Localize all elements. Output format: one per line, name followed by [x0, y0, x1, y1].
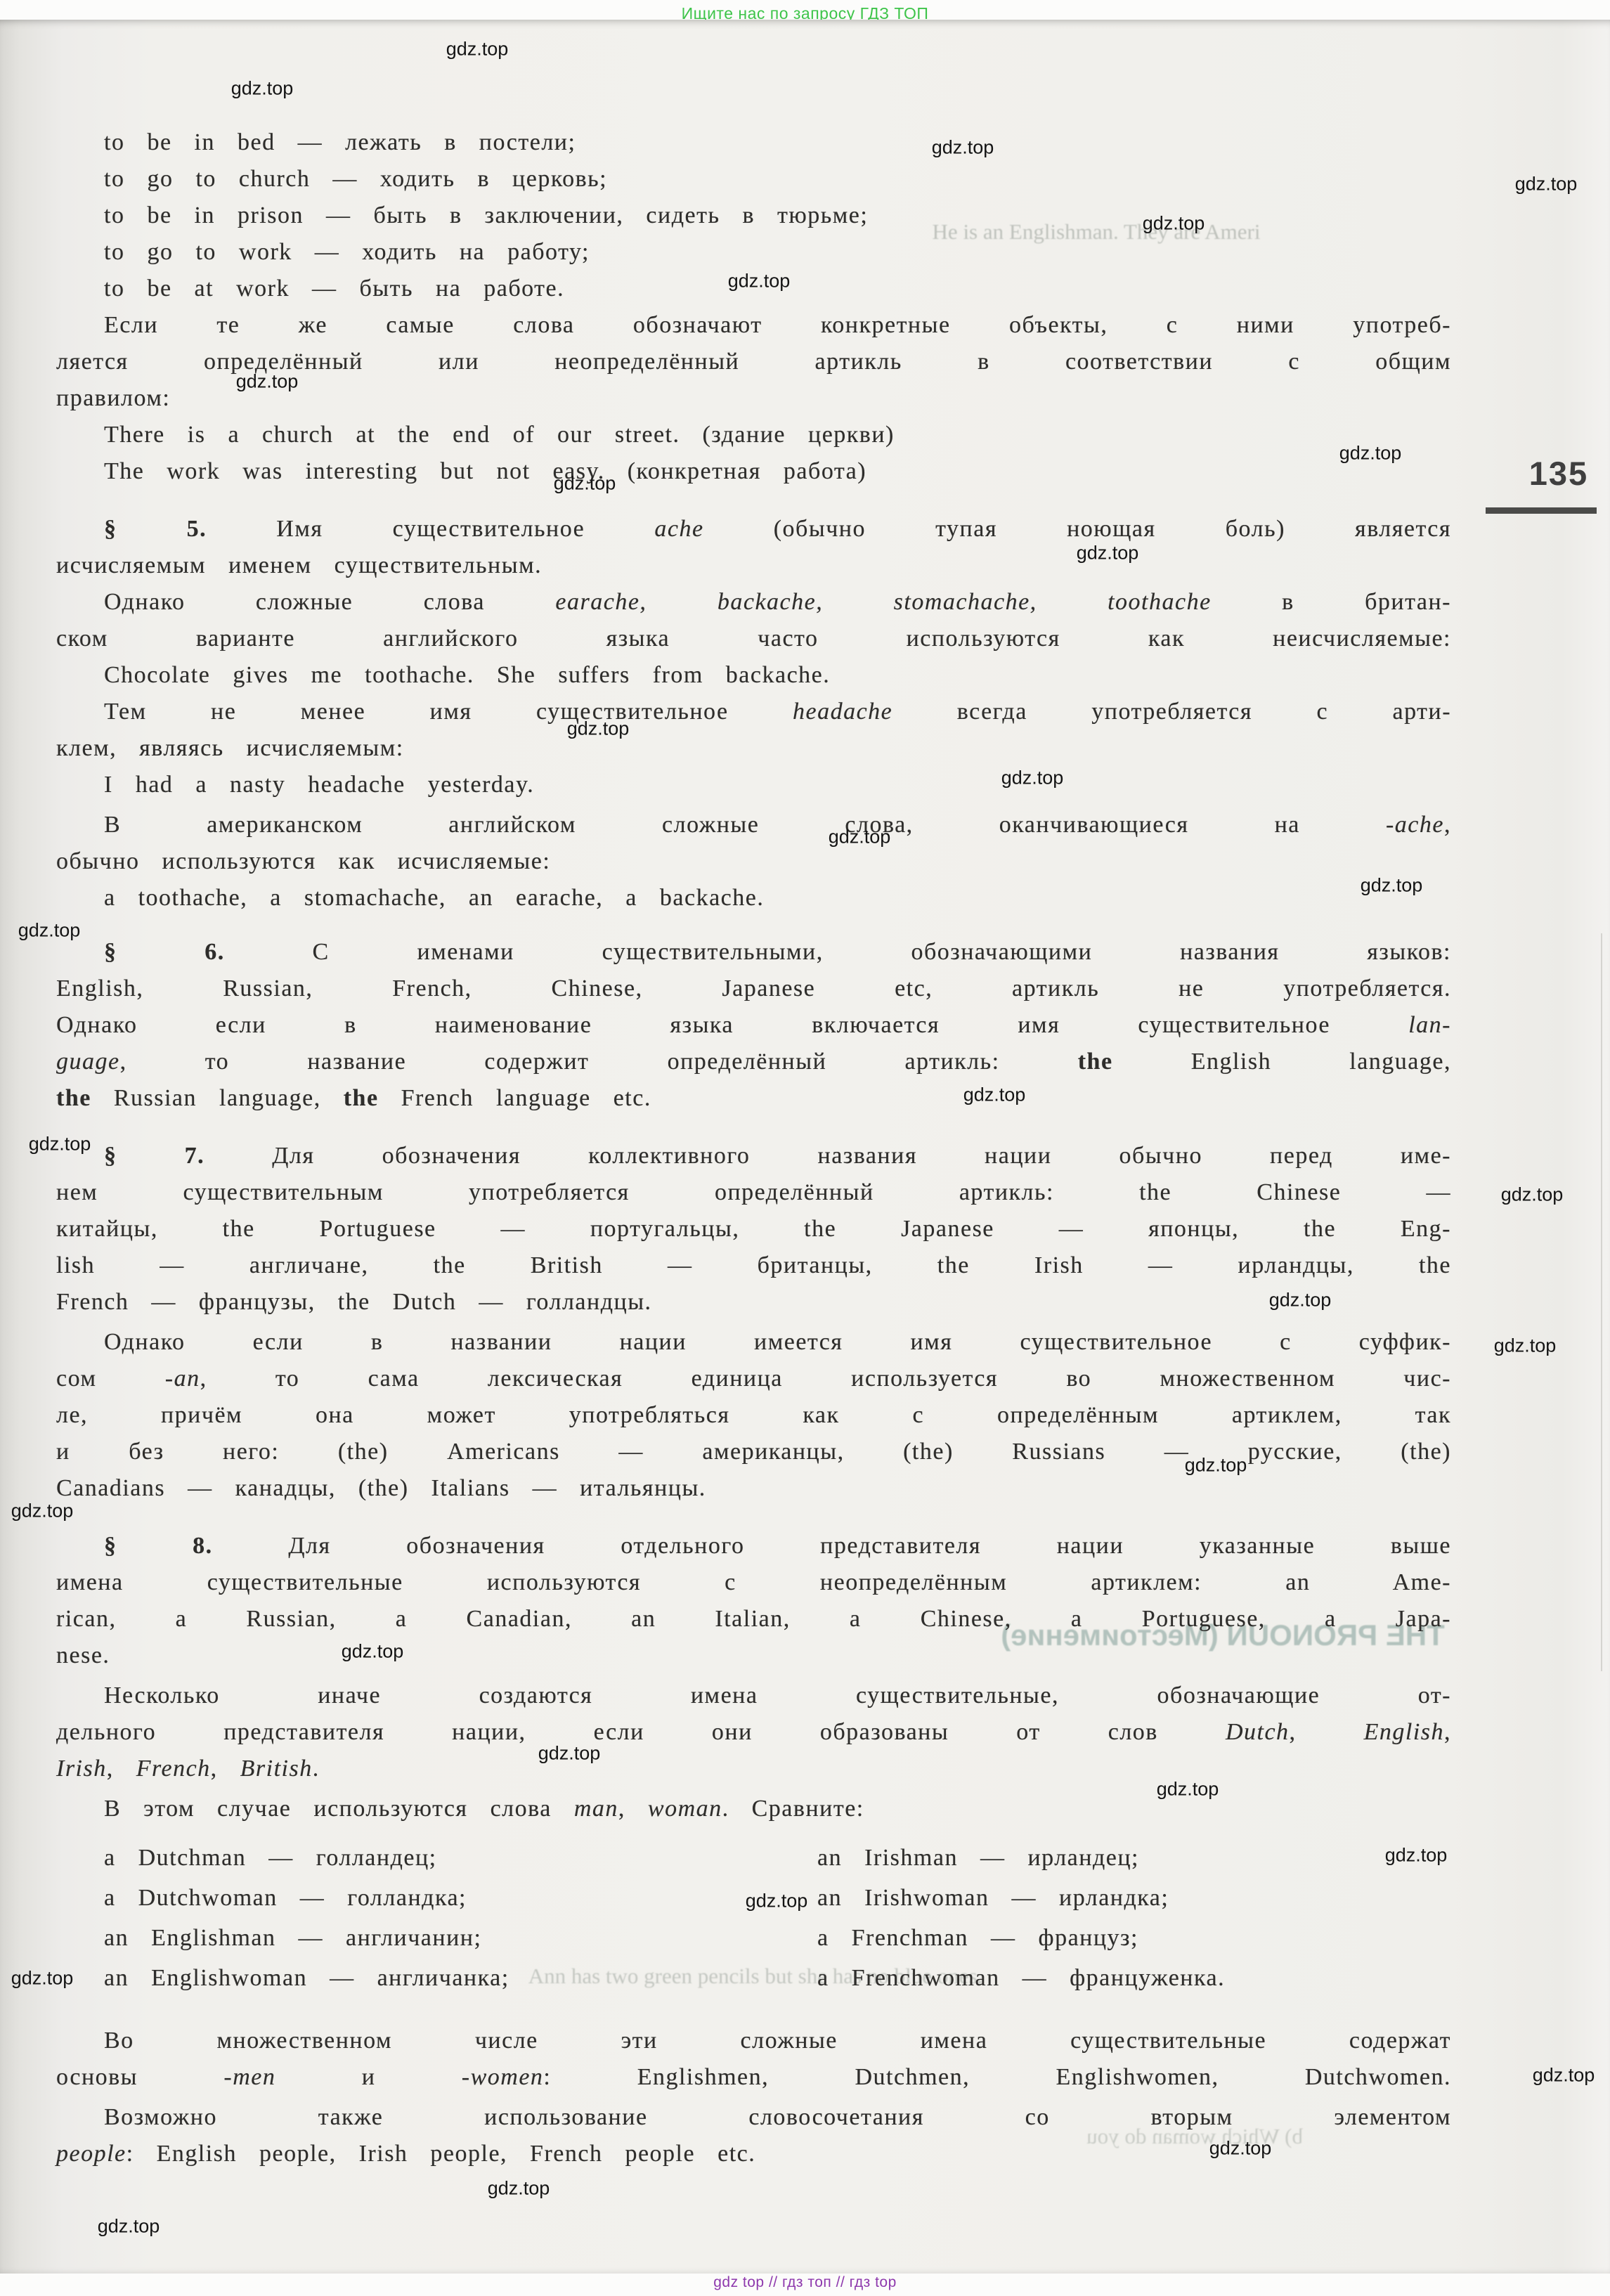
pair-right-cell: an Irishwoman — ирландка;: [817, 1878, 1169, 1918]
pair-right-cell: an Irishman — ирландец;: [817, 1838, 1139, 1878]
text-line: The work was interesting but not easy. (…: [56, 453, 1451, 490]
gdz-watermark: gdz.top: [29, 1134, 91, 1155]
screenshot-canvas: { "colors":{ "ink":"#2e2d2b", "paper":"#…: [0, 0, 1610, 2296]
text-line: Если те же самые слова обозначают конкре…: [56, 307, 1451, 344]
gdz-watermark: gdz.top: [1143, 213, 1205, 235]
suffix-an-paragraph: Однако если в названии нации имеется имя…: [56, 1324, 1451, 1507]
headache-paragraph: Тем не менее имя существительное headach…: [56, 694, 1451, 767]
gdz-watermark: gdz.top: [1185, 1455, 1247, 1477]
text-line: В этом случае используются слова man, wo…: [56, 1791, 1451, 1827]
gdz-watermark: gdz.top: [567, 718, 630, 740]
text-line: the Russian language, the French languag…: [56, 1080, 1451, 1117]
gdz-watermark: gdz.top: [1269, 1290, 1332, 1311]
gdz-watermark: gdz.top: [746, 1890, 808, 1912]
text-line: клем, являясь исчисляемым:: [56, 730, 1451, 767]
nationality-pairs-table: a Dutchman — голландец;an Irishman — ирл…: [56, 1838, 1451, 1998]
text-line: § 7. Для обозначения коллективного назва…: [56, 1138, 1451, 1174]
text-line: nese.: [56, 1637, 1451, 1674]
gdz-watermark: gdz.top: [1361, 875, 1423, 897]
gdz-watermark: gdz.top: [1533, 2065, 1595, 2087]
text-line: guage, то название содержит определённый…: [56, 1044, 1451, 1080]
text-line: § 8. Для обозначения отдельного представ…: [56, 1528, 1451, 1564]
gdz-watermark: gdz.top: [1209, 2138, 1272, 2160]
gdz-watermark: gdz.top: [1494, 1335, 1557, 1357]
gdz-watermark: gdz.top: [342, 1641, 404, 1663]
text-line: lish — англичане, the British — британцы…: [56, 1247, 1451, 1284]
section-8-paragraph: § 8. Для обозначения отдельного представ…: [56, 1528, 1451, 1674]
gdz-watermark: gdz.top: [829, 826, 891, 848]
man-woman-paragraph: В этом случае используются слова man, wo…: [56, 1791, 1451, 1827]
text-line: § 6. С именами существительными, обознач…: [56, 934, 1451, 971]
gdz-watermark: gdz.top: [446, 39, 509, 60]
text-line: rican, a Russian, a Canadian, an Italian…: [56, 1601, 1451, 1637]
text-line: § 5. Имя существительное ache (обычно ту…: [56, 511, 1451, 547]
gdz-watermark: gdz.top: [932, 137, 994, 159]
text-line: Irish, French, British.: [56, 1751, 1451, 1787]
gdz-watermark: gdz.top: [98, 2216, 160, 2238]
text-line: сом -an, то сама лексическая единица исп…: [56, 1361, 1451, 1397]
text-line: ском варианте английского языка часто ис…: [56, 621, 1451, 657]
gdz-watermark: gdz.top: [236, 371, 299, 393]
american-english-paragraph: В американском английском сложные слова,…: [56, 807, 1451, 880]
text-line: Во множественном числе эти сложные имена…: [56, 2023, 1451, 2059]
gdz-watermark: gdz.top: [538, 1743, 601, 1765]
page-number-underline: [1486, 507, 1597, 514]
gdz-watermark: gdz.top: [231, 78, 294, 100]
text-line: to be in prison — быть в заключении, сид…: [56, 197, 1451, 234]
page-number: 135: [1524, 454, 1594, 493]
chocolate-example: Chocolate gives me toothache. She suffer…: [56, 657, 1451, 694]
text-line: дельного представителя нации, если они о…: [56, 1714, 1451, 1751]
gdz-watermark: gdz.top: [1001, 767, 1064, 789]
text-line: нем существительным употребляется опреде…: [56, 1174, 1451, 1211]
text-line: имена существительные используются с нео…: [56, 1564, 1451, 1601]
book-page: 135 He is an Englishman. They are AmeriT…: [0, 20, 1610, 2274]
gdz-watermark: gdz.top: [11, 1968, 74, 1990]
text-line: to go to work — ходить на работу;: [56, 234, 1451, 271]
text-line: to be in bed — лежать в постели;: [56, 124, 1451, 161]
text-line: Тем не менее имя существительное headach…: [56, 694, 1451, 730]
section-5-paragraph: § 5. Имя существительное ache (обычно ту…: [56, 511, 1451, 584]
text-line: Однако сложные слова earache, backache, …: [56, 584, 1451, 621]
gdz-watermark: gdz.top: [554, 473, 616, 495]
gdz-watermark: gdz.top: [1501, 1184, 1564, 1206]
text-line: to go to church — ходить в церковь;: [56, 161, 1451, 197]
text-line: ле, причём она может употребляться как с…: [56, 1397, 1451, 1434]
pair-left-cell: a Dutchwoman — голландка;: [104, 1878, 817, 1918]
gdz-watermark: gdz.top: [728, 271, 791, 292]
nasty-headache-example: I had a nasty headache yesterday.: [56, 767, 1451, 803]
page-edge-line: [1601, 933, 1602, 1671]
gdz-watermark: gdz.top: [1157, 1779, 1219, 1801]
text-line: В американском английском сложные слова,…: [56, 807, 1451, 843]
text-line: Однако если в названии нации имеется имя…: [56, 1324, 1451, 1361]
text-line: I had a nasty headache yesterday.: [56, 767, 1451, 803]
compound-aches-paragraph: Однако сложные слова earache, backache, …: [56, 584, 1451, 657]
concrete-objects-paragraph: Если те же самые слова обозначают конкре…: [56, 307, 1451, 417]
different-formation-paragraph: Несколько иначе создаются имена существи…: [56, 1678, 1451, 1787]
countable-aches-example: a toothache, a stomachache, an earache, …: [56, 880, 1451, 916]
text-column: to be in bed — лежать в постели;to go to…: [56, 124, 1451, 2172]
nationality-pair-row: a Dutchman — голландец;an Irishman — ирл…: [56, 1838, 1451, 1878]
gdz-watermark: gdz.top: [1077, 543, 1139, 564]
text-line: Однако если в наименование языка включае…: [56, 1007, 1451, 1044]
text-line: китайцы, the Portuguese — португальцы, t…: [56, 1211, 1451, 1247]
gdz-watermark: gdz.top: [1385, 1845, 1448, 1867]
text-line: Возможно также использование словосочета…: [56, 2099, 1451, 2136]
plural-forms-paragraph: Во множественном числе эти сложные имена…: [56, 2023, 1451, 2096]
section-6-paragraph: § 6. С именами существительными, обознач…: [56, 934, 1451, 1117]
gdz-watermark: gdz.top: [1515, 174, 1578, 195]
pair-right-cell: a Frenchwoman — француженка.: [817, 1958, 1225, 1998]
church-work-examples: There is a church at the end of our stre…: [56, 417, 1451, 490]
gdz-watermark: gdz.top: [488, 2178, 550, 2200]
text-line: English, Russian, French, Chinese, Japan…: [56, 971, 1451, 1007]
gdz-watermark: gdz.top: [18, 920, 81, 942]
text-line: There is a church at the end of our stre…: [56, 417, 1451, 453]
text-line: a toothache, a stomachache, an earache, …: [56, 880, 1451, 916]
pair-left-cell: an Englishwoman — англичанка;: [104, 1958, 817, 1998]
section-7-paragraph: § 7. Для обозначения коллективного назва…: [56, 1138, 1451, 1321]
text-line: Chocolate gives me toothache. She suffer…: [56, 657, 1451, 694]
text-line: исчисляемым именем существительным.: [56, 547, 1451, 584]
text-line: обычно используются как исчисляемые:: [56, 843, 1451, 880]
people-element-paragraph: Возможно также использование словосочета…: [56, 2099, 1451, 2172]
nationality-pair-row: an Englishwoman — англичанка;a Frenchwom…: [56, 1958, 1451, 1998]
pair-left-cell: an Englishman — англичанин;: [104, 1918, 817, 1958]
gdz-watermark: gdz.top: [1339, 443, 1402, 465]
text-line: основы -men и -women: Englishmen, Dutchm…: [56, 2059, 1451, 2096]
nationality-pair-row: an Englishman — англичанин;a Frenchman —…: [56, 1918, 1451, 1958]
text-line: Несколько иначе создаются имена существи…: [56, 1678, 1451, 1714]
gdz-watermark: gdz.top: [11, 1500, 74, 1522]
footer-watermark: gdz top // гдз топ // гдз top: [0, 2274, 1610, 2291]
gdz-watermark: gdz.top: [963, 1084, 1026, 1106]
text-line: French — французы, the Dutch — голландцы…: [56, 1284, 1451, 1321]
pair-right-cell: a Frenchman — француз;: [817, 1918, 1138, 1958]
pair-left-cell: a Dutchman — голландец;: [104, 1838, 817, 1878]
